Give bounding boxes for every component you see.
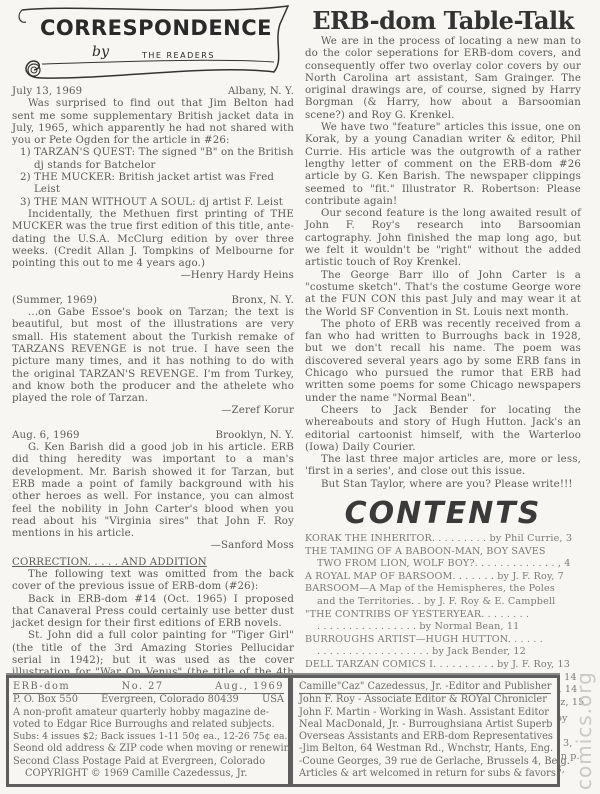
masthead-pobox: P. O. Box 550	[13, 694, 78, 706]
letter-date: July 13, 1969	[12, 86, 82, 98]
tabletalk-paragraph: We are in the process of locating a new …	[305, 36, 581, 122]
list-item: 3) THE MAN WITHOUT A SOUL: dj artist F. …	[12, 197, 294, 209]
correspondence-title: CORRESPONDENCE	[40, 22, 272, 34]
contents-title: CONTENTS	[305, 497, 581, 531]
correspondence-by: by	[92, 46, 109, 58]
letter-body: G. Ken Barish did a good job in his arti…	[12, 442, 294, 540]
staff-line: Overseas Assistants and ERB-dom Represen…	[299, 731, 551, 743]
staff-box: Camille"Caz" Cazedessus, Jr. -Editor and…	[290, 675, 560, 787]
list-item: 2) THE MUCKER: British jacket artist was…	[12, 172, 294, 197]
toc-entry: . . . . . . . . . . . . . . . . by Norma…	[305, 621, 581, 634]
watermark: comics.org	[572, 640, 596, 790]
letter-body: Incidentally, the Methuen first printing…	[12, 209, 294, 270]
staff-line: -Coune Georges, 39 rue de Gerlache, Brus…	[299, 756, 551, 768]
letter-2: (Summer, 1969) Bronx, N. Y. ...on Gabe E…	[12, 295, 294, 418]
masthead-line: Seond old address & ZIP code when moving…	[13, 743, 284, 755]
letter-date: (Summer, 1969)	[12, 295, 97, 307]
letter-1: July 13, 1969 Albany, N. Y. Was surprise…	[12, 86, 294, 283]
letter-place: Bronx, N. Y.	[232, 295, 294, 307]
masthead-line: A non-profit amateur quarterly hobby mag…	[13, 707, 284, 719]
staff-line: Camille"Caz" Cazedessus, Jr. -Editor and…	[299, 681, 551, 694]
correspondence-subtitle: THE READERS	[142, 50, 215, 62]
toc-entry: BURROUGHS ARTIST—HUGH HUTTON. . . . . .	[305, 634, 581, 647]
staff-line: John F. Roy - Associate Editor & ROYal C…	[299, 694, 551, 706]
masthead-issue: No. 27	[122, 681, 164, 693]
correction-p1: The following text was omitted from the …	[12, 569, 294, 594]
tabletalk-paragraph: We have two "feature" articles this issu…	[305, 122, 581, 208]
staff-line: -Jim Belton, 64 Westman Rd., Wnchstr, Ha…	[299, 743, 551, 755]
masthead-city: Evergreen, Colorado 80439	[101, 694, 239, 706]
toc-entry: DELL TARZAN COMICS I. . . . . . . . . . …	[305, 659, 581, 672]
jacket-list: 1) TARZAN'S QUEST: The signed "B" on the…	[12, 147, 294, 208]
copyright-notice: COPYRIGHT © 1969 Camille Cazedessus, Jr.	[13, 768, 284, 780]
masthead-name: ERB-dom	[13, 681, 70, 693]
letter-place: Brooklyn, N. Y.	[216, 430, 295, 442]
toc-entry: and the Territories. . by J. F. Roy & E.…	[305, 596, 581, 609]
staff-line: Articles & art welcomed in return for su…	[299, 768, 551, 780]
masthead-line: Second Class Postage Paid at Evergreen, …	[13, 756, 284, 768]
toc-entry: BARSOOM—A Map of the Hemispheres, the Po…	[305, 583, 581, 596]
tabletalk-title: ERB-dom Table-Talk	[305, 6, 581, 36]
letter-body: ...on Gabe Essoe's book on Tarzan; the t…	[12, 307, 294, 405]
tabletalk-paragraph: Our second feature is the long awaited r…	[305, 208, 581, 269]
letter-date: Aug. 6, 1969	[12, 430, 80, 442]
correction-p2: Back in ERB-dom #14 (Oct. 1965) I propos…	[12, 594, 294, 631]
letter-signature: —Zeref Korur	[12, 405, 294, 417]
masthead-country: USA	[262, 694, 284, 706]
toc-entry: . . . . . . . . . . . . . . . . . . by J…	[305, 646, 581, 659]
scroll-icon	[12, 2, 294, 84]
tabletalk-column: ERB-dom Table-Talk We are in the process…	[305, 0, 581, 789]
masthead-line: voted to Edgar Rice Burroughs and relate…	[13, 719, 284, 731]
tabletalk-paragraph: The George Barr illo of John Carter is a…	[305, 270, 581, 319]
toc-entry: THE TAMING OF A BABOON-MAN, BOY SAVES	[305, 546, 581, 559]
staff-line: John F. Martin - Working in Wash. Assist…	[299, 707, 551, 719]
correction-heading: CORRECTION. . . . . AND ADDITION	[12, 557, 294, 569]
fanzine-page: CORRESPONDENCE by THE READERS July 13, 1…	[0, 0, 600, 794]
letter-signature: —Henry Hardy Heins	[12, 270, 294, 282]
toc-entry: A ROYAL MAP OF BARSOOM. . . . . . . by J…	[305, 571, 581, 584]
toc-entry: KORAK THE INHERITOR. . . . . . . . . by …	[305, 533, 581, 546]
tabletalk-paragraph: The last three major articles are, more …	[305, 454, 581, 479]
correspondence-banner: CORRESPONDENCE by THE READERS	[12, 2, 294, 84]
staff-line: Neal MacDonald, Jr. - Burroughsiana Arti…	[299, 719, 551, 731]
letter-place: Albany, N. Y.	[228, 86, 294, 98]
toc-entry: "THE CONTRIBS OF YESTERYEAR. . . . . . .…	[305, 609, 581, 622]
masthead-line: Subs: 4 issues $2; Back issues 1-11 50¢ …	[13, 731, 284, 743]
toc-entry: TWO FROM LION, WOLF BOY?. . . . . . . . …	[305, 558, 581, 571]
letter-3: Aug. 6, 1969 Brooklyn, N. Y. G. Ken Bari…	[12, 430, 294, 553]
list-item: 1) TARZAN'S QUEST: The signed "B" on the…	[12, 147, 294, 172]
letter-intro: Was surprised to find out that Jim Belto…	[12, 98, 294, 147]
tabletalk-paragraph: The photo of ERB was recently received f…	[305, 319, 581, 405]
letter-signature: —Sanford Moss	[12, 540, 294, 552]
correspondence-column: CORRESPONDENCE by THE READERS July 13, 1…	[12, 0, 294, 766]
masthead-date: Aug., 1969	[215, 681, 284, 693]
tabletalk-paragraph: But Stan Taylor, where are you? Please w…	[305, 479, 581, 491]
masthead-box: ERB-dom No. 27 Aug., 1969 P. O. Box 550 …	[6, 675, 291, 787]
tabletalk-paragraph: Cheers to Jack Bender for locating the w…	[305, 405, 581, 454]
